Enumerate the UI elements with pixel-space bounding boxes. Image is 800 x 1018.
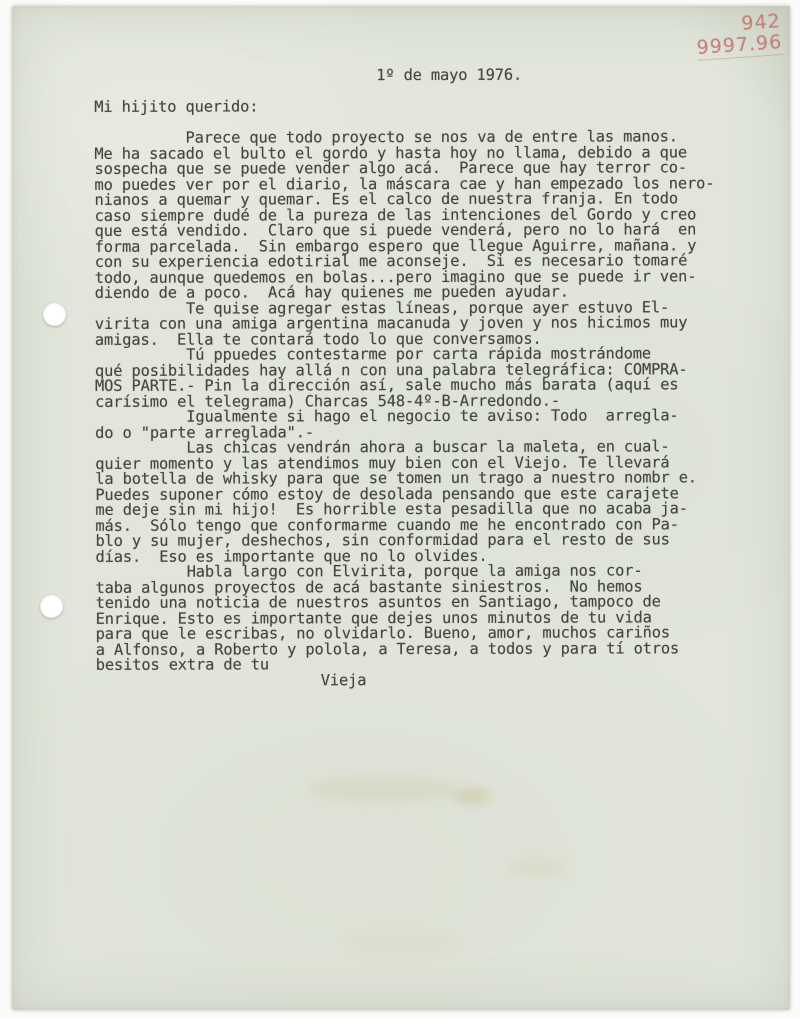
punch-hole-top (43, 303, 66, 326)
letter-paragraph-1: Parece que todo proyecto se nos va de en… (94, 129, 756, 301)
age-stain (452, 788, 492, 804)
letter-salutation: Mi hijito querido: (94, 98, 756, 115)
letter-date: 1º de mayo 1976. (94, 67, 756, 84)
letter-paragraph-6: Habla largo con Elvirita, porque la amig… (95, 563, 757, 673)
letter-paragraph-3: Tú ppuedes contestarme por carta rápida … (95, 346, 757, 410)
archival-number-line2: 9997.96 (696, 32, 783, 61)
age-stain (307, 776, 457, 802)
handwritten-archival-number: 942 9997.96 (695, 11, 783, 61)
age-stain (507, 856, 567, 878)
letter-paragraph-2: Te quise agregar estas líneas, porque ay… (95, 300, 757, 348)
age-stain (342, 928, 462, 958)
letter-paragraph-5: Las chicas vendrán ahora a buscar la mal… (95, 439, 757, 565)
letter-paragraph-4: Igualmente si hago el negocio te aviso: … (95, 408, 757, 441)
punch-hole-bottom (40, 595, 63, 618)
typewritten-letter: 1º de mayo 1976. Mi hijito querido: Pare… (94, 67, 758, 689)
scanned-letter-page: 942 9997.96 1º de mayo 1976. Mi hijito q… (12, 6, 790, 1010)
letter-signature: Vieja (96, 672, 758, 689)
